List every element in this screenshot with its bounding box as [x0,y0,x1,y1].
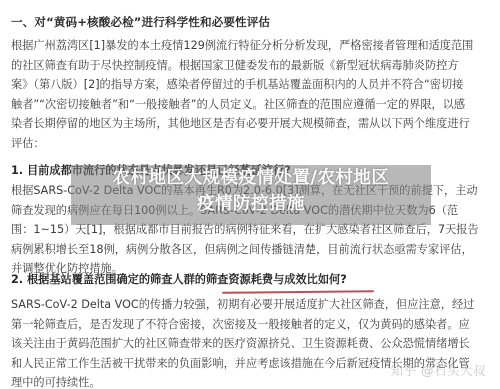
paragraph-line: 的社区筛查有助于尽快控制疫情。根据国家卫健委发布的最新版《新型冠状病毒肺炎防控方 [11,56,493,76]
paragraph-line: 该关注由于黄码范围扩大的社区筛查带来的医疗资源挤兑、卫生资源耗费、公众恐慌情绪增… [11,334,493,354]
subsection-title: 根据基站覆盖范围确定的筛查人群的筛查资源耗费与成效比如何? [27,273,347,286]
caption-line-2: 疫情防控措施 [71,191,431,217]
subsection-number: 2. [11,273,23,286]
paragraph-line: 染者长期停留的地区为主场所，其他地区是否有必要开展大规模筛查，需从以下两个维度进… [11,114,493,134]
caption-overlay-title: 农村地区大规模疫情处置/农村地区 疫情防控措施 [71,165,431,217]
zhihu-watermark: 知乎 @石头大叔 [391,361,486,379]
paragraph-line: 根据广州荔湾区[1]暴发的本土疫情129例流行特征分析分析发现，严格密接者管理和… [11,36,493,56]
paragraph-line: 评估： [11,134,493,154]
paragraph-line: 病例累积增长至18例，病例分散各区，但病例之间传播链清楚，目前流行状态亟需专家评… [11,240,493,260]
paragraph-line: 第一轮筛查后，是否发现了不符合密接，次密接及一般接触者的定义，仅为黄码的感染者。… [11,315,493,335]
paragraph-line: 案》（第八版）[2]的指导方案，感染者停留过的手机基站覆盖面积内的人员并不符合“… [11,75,493,95]
red-underline-annotation [222,290,374,294]
section-title: 一、对“黄码+核酸必检”进行科学性和必要性评估 [11,14,270,30]
paragraph-line: 触者”“次密切接触者”和“一般接触者”的人员定义。社区筛查的范围应遵循一定的界限… [11,95,493,115]
subsection-2-heading: 2. 根据基站覆盖范围确定的筛查人群的筛查资源耗费与成效比如何? [11,271,347,287]
intro-paragraph: 根据广州荔湾区[1]暴发的本土疫情129例流行特征分析分析发现，严格密接者管理和… [11,36,493,154]
caption-line-1: 农村地区大规模疫情处置/农村地区 [71,165,431,191]
paragraph-line: SARS-CoV-2 Delta VOC的传播力较强，初期有必要开展适度扩大社区… [11,295,493,315]
subsection-number: 1. [11,164,23,177]
